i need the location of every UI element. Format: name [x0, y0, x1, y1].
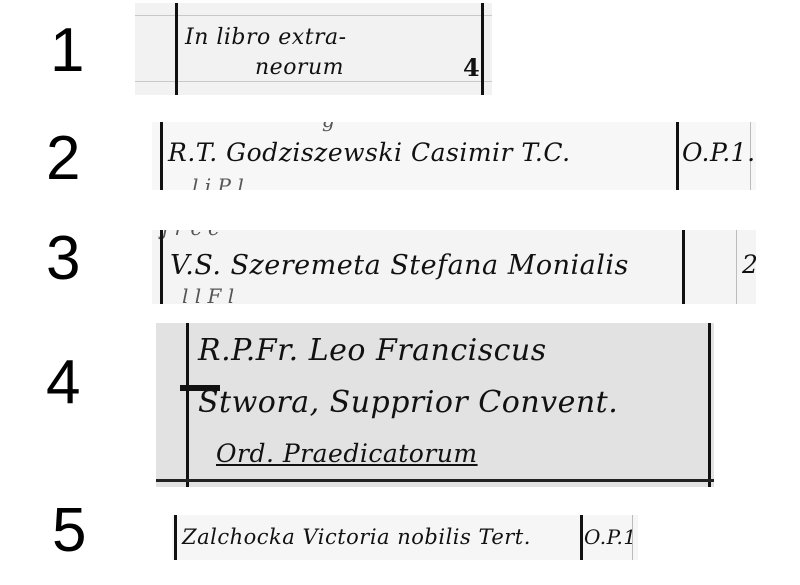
snippet-4-line-2: Stwora, Supprior Convent.	[198, 385, 618, 420]
snippet-2-right-column: O.P.1.	[682, 138, 756, 167]
snippet-1-right-mark: 4	[463, 53, 480, 82]
snippet-5-line-1: Zalchocka Victoria nobilis Tert.	[182, 525, 531, 549]
snippet-5-right-column: O.P.1	[584, 525, 637, 549]
snippet-label-1: 1	[50, 20, 84, 82]
snippet-label-3: 3	[46, 228, 80, 290]
snippet-3-line-1: V.S. Szeremeta Stefana Monialis	[170, 250, 629, 281]
snippet-1-line-2: neorum	[255, 55, 344, 80]
snippet-3-right-column: 2	[742, 250, 756, 279]
snippet-2-line-1: R.T. Godziszewski Casimir T.C.	[168, 138, 571, 167]
snippet-label-5: 5	[52, 500, 86, 562]
snippet-4-line-1: R.P.Fr. Leo Franciscus	[198, 333, 547, 368]
snippet-label-2: 2	[46, 128, 80, 190]
snippet-5-image: Zalchocka Victoria nobilis Tert. O.P.1	[172, 515, 638, 560]
snippet-2-image: g l i P l R.T. Godziszewski Casimir T.C.…	[152, 122, 756, 190]
snippet-1-image: In libro extra- neorum 4	[135, 3, 492, 95]
snippet-4-line-3: Ord. Praedicatorum	[216, 439, 478, 468]
snippet-4-image: R.P.Fr. Leo Franciscus Stwora, Supprior …	[156, 323, 714, 487]
snippet-label-4: 4	[46, 352, 80, 414]
snippet-3-image: j r c c l l F l V.S. Szeremeta Stefana M…	[152, 230, 756, 304]
snippet-1-line-1: In libro extra-	[185, 25, 347, 50]
